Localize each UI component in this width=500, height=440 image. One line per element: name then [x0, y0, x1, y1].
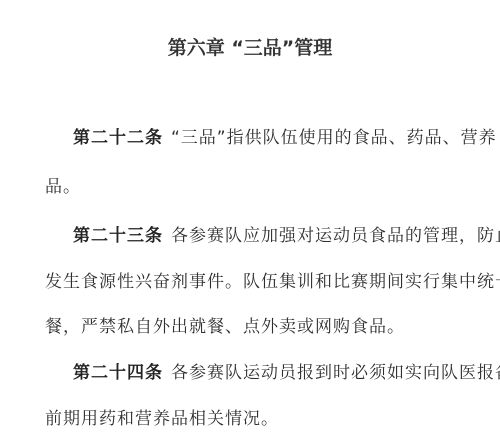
article-24-text: 各参赛队运动员报到时必须如实向队医报备 — [171, 363, 500, 383]
article-23-text: 各参赛队应加强对运动员食品的管理，防止 — [171, 226, 500, 246]
article-23-number: 第二十三条 — [73, 226, 163, 246]
article-24-line-2: 前期用药和营养品相关情况。 — [45, 404, 279, 429]
article-22-line-1: 第二十二条“三品”指供队伍使用的食品、药品、营养 — [73, 123, 497, 148]
article-24-number: 第二十四条 — [73, 363, 163, 383]
article-23-line-3: 餐，严禁私自外出就餐、点外卖或网购食品。 — [45, 312, 405, 337]
article-23-line-2: 发生食源性兴奋剂事件。队伍集训和比赛期间实行集中统一就 — [45, 267, 500, 292]
article-22-line-2: 品。 — [45, 172, 81, 197]
article-23-line-1: 第二十三条各参赛队应加强对运动员食品的管理，防止 — [73, 221, 500, 246]
article-24-line-1: 第二十四条各参赛队运动员报到时必须如实向队医报备 — [73, 358, 500, 383]
document-page: 第六章 “三品”管理 第二十二条“三品”指供队伍使用的食品、药品、营养 品。 第… — [0, 0, 500, 440]
article-22-number: 第二十二条 — [73, 128, 163, 148]
article-22-text: “三品”指供队伍使用的食品、药品、营养 — [171, 128, 497, 148]
chapter-title: 第六章 “三品”管理 — [0, 33, 500, 60]
